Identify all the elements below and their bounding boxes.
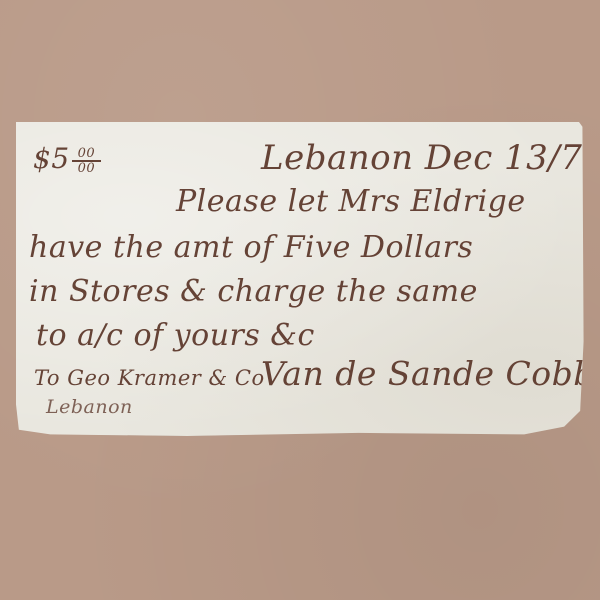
cents-denominator: 00 [72, 162, 102, 175]
place-date: Lebanon Dec 13/75 [261, 138, 600, 178]
addressee: To Geo Kramer & Co [34, 366, 265, 390]
handwritten-note: $50000 Lebanon Dec 13/75 Please let Mrs … [16, 122, 587, 436]
addressee-place: Lebanon [46, 396, 133, 418]
amount-cents: 0000 [72, 147, 102, 175]
body-line-3: in Stores & charge the same [29, 274, 478, 309]
cents-numerator: 00 [72, 147, 102, 162]
body-line-4: to a/c of yours &c [36, 318, 315, 353]
signature: Van de Sande Cobb [261, 354, 595, 393]
dollar-sign: $ [33, 142, 51, 175]
body-line-2: have the amt of Five Dollars [29, 230, 473, 265]
body-line-1: Please let Mrs Eldrige [176, 184, 526, 219]
amount: $50000 [33, 142, 101, 175]
amount-dollars: 5 [51, 142, 69, 175]
